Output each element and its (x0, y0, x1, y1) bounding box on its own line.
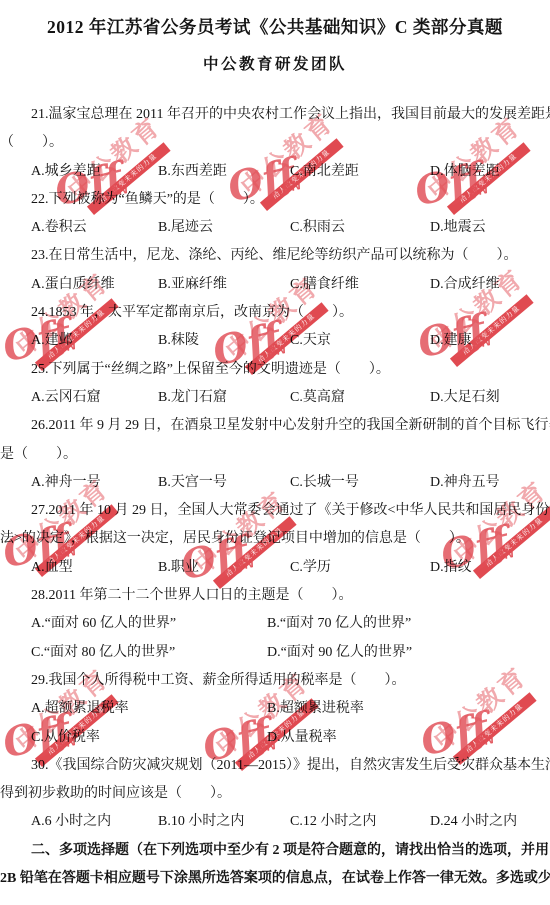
option-q30-b: B.10 小时之内 (158, 808, 290, 836)
option-q24-b: B.秣陵 (158, 327, 290, 355)
option-q29-b: B.超额累进税率 (267, 695, 550, 723)
question-q29: 29.我国个人所得税中工资、薪金所得适用的税率是（ ）。A.超额累退税率B.超额… (0, 667, 550, 752)
question-stem-line: 28.2011 年第二十二个世界人口日的主题是（ ）。 (0, 582, 550, 610)
page-subtitle: 中公教育研发团队 (0, 52, 550, 74)
question-list: 21.温家宝总理在 2011 年召开的中央农村工作会议上指出，我国目前最大的发展… (0, 101, 550, 837)
option-q27-a: A.血型 (31, 554, 158, 582)
question-q28: 28.2011 年第二十二个世界人口日的主题是（ ）。A.“面对 60 亿人的世… (0, 582, 550, 667)
option-q25-a: A.云冈石窟 (31, 384, 158, 412)
option-q30-c: C.12 小时之内 (290, 808, 430, 836)
question-q25: 25.下列属于“丝绸之路”上保留至今的文明遗迹是（ ）。A.云冈石窟B.龙门石窟… (0, 356, 550, 413)
option-row: A.血型B.职业C.学历D.指纹 (0, 554, 550, 582)
option-row: A.城乡差距B.东西差距C.南北差距D.体脑差距 (0, 158, 550, 186)
option-q29-c: C.从价税率 (31, 724, 267, 752)
question-stem-line: 30.《我国综合防灾减灾规划（2011—2015）》提出，自然灾害发生后受灾群众… (0, 752, 550, 780)
question-stem-line: 25.下列属于“丝绸之路”上保留至今的文明遗迹是（ ）。 (0, 356, 550, 384)
question-stem-line: 27.2011 年 10 月 29 日，全国人大常委会通过了《关于修改<中华人民… (0, 497, 550, 525)
question-stem-line: 24.1853 年，太平军定都南京后，改南京为（ ）。 (0, 299, 550, 327)
question-stem-line: 得到初步救助的时间应该是（ ）。 (0, 780, 550, 808)
option-q25-d: D.大足石刻 (430, 384, 550, 412)
option-q24-a: A.建邺 (31, 327, 158, 355)
question-stem-line: 26.2011 年 9 月 29 日，在酒泉卫星发射中心发射升空的我国全新研制的… (0, 412, 550, 440)
option-row: A.卷积云B.尾迹云C.积雨云D.地震云 (0, 214, 550, 242)
option-q28-d: D.“面对 90 亿人的世界” (267, 639, 550, 667)
option-q22-a: A.卷积云 (31, 214, 158, 242)
option-q23-c: C.膳食纤维 (290, 271, 430, 299)
question-q30: 30.《我国综合防灾减灾规划（2011—2015）》提出，自然灾害发生后受灾群众… (0, 752, 550, 837)
option-q23-b: B.亚麻纤维 (158, 271, 290, 299)
exam-paper-page: 2012 年江苏省公务员考试《公共基础知识》C 类部分真题 中公教育研发团队 2… (0, 0, 550, 905)
option-q22-c: C.积雨云 (290, 214, 430, 242)
question-stem-line: 29.我国个人所得税中工资、薪金所得适用的税率是（ ）。 (0, 667, 550, 695)
question-q26: 26.2011 年 9 月 29 日，在酒泉卫星发射中心发射升空的我国全新研制的… (0, 412, 550, 497)
option-q24-d: D.建康 (430, 327, 550, 355)
option-row: A.云冈石窟B.龙门石窟C.莫高窟D.大足石刻 (0, 384, 550, 412)
option-q26-b: B.天宫一号 (158, 469, 290, 497)
option-row: A.“面对 60 亿人的世界”B.“面对 70 亿人的世界” (0, 610, 550, 638)
option-q28-a: A.“面对 60 亿人的世界” (31, 610, 267, 638)
question-q24: 24.1853 年，太平军定都南京后，改南京为（ ）。A.建邺B.秣陵C.天京D… (0, 299, 550, 356)
option-q28-c: C.“面对 80 亿人的世界” (31, 639, 267, 667)
option-q22-b: B.尾迹云 (158, 214, 290, 242)
question-stem-line: 21.温家宝总理在 2011 年召开的中央农村工作会议上指出，我国目前最大的发展… (0, 101, 550, 129)
option-row: A.建邺B.秣陵C.天京D.建康 (0, 327, 550, 355)
option-q25-b: B.龙门石窟 (158, 384, 290, 412)
section-heading: 二、多项选择题（在下列选项中至少有 2 项是符合题意的，请找出恰当的选项，并用2… (0, 837, 550, 894)
option-q21-b: B.东西差距 (158, 158, 290, 186)
option-q26-d: D.神舟五号 (430, 469, 550, 497)
option-q27-c: C.学历 (290, 554, 430, 582)
page-title: 2012 年江苏省公务员考试《公共基础知识》C 类部分真题 (8, 14, 542, 39)
section-heading-line: 2B 铅笔在答题卡相应题号下涂黑所选答案项的信息点，在试卷上作答一律无效。多选或… (0, 865, 550, 893)
question-q23: 23.在日常生活中，尼龙、涤纶、丙纶、维尼纶等纺织产品可以统称为（ ）。A.蛋白… (0, 242, 550, 299)
document-content: 2012 年江苏省公务员考试《公共基础知识》C 类部分真题 中公教育研发团队 2… (0, 14, 550, 893)
option-q23-d: D.合成纤维 (430, 271, 550, 299)
question-q22: 22.下列被称为“鱼鳞天”的是（ ）。A.卷积云B.尾迹云C.积雨云D.地震云 (0, 186, 550, 243)
question-stem-line: 23.在日常生活中，尼龙、涤纶、丙纶、维尼纶等纺织产品可以统称为（ ）。 (0, 242, 550, 270)
option-row: C.从价税率D.从量税率 (0, 724, 550, 752)
question-stem-line: 22.下列被称为“鱼鳞天”的是（ ）。 (0, 186, 550, 214)
option-q23-a: A.蛋白质纤维 (31, 271, 158, 299)
option-q21-c: C.南北差距 (290, 158, 430, 186)
question-stem-line: 是（ ）。 (0, 441, 550, 469)
option-q22-d: D.地震云 (430, 214, 550, 242)
question-stem-line: 法>的决定》，根据这一决定，居民身份证登记项目中增加的信息是（ ）。 (0, 525, 550, 553)
option-row: A.超额累退税率B.超额累进税率 (0, 695, 550, 723)
section-heading-line: 二、多项选择题（在下列选项中至少有 2 项是符合题意的，请找出恰当的选项，并用 (0, 837, 550, 865)
option-row: A.神舟一号B.天宫一号C.长城一号D.神舟五号 (0, 469, 550, 497)
option-row: A.蛋白质纤维B.亚麻纤维C.膳食纤维D.合成纤维 (0, 271, 550, 299)
option-q27-d: D.指纹 (430, 554, 550, 582)
option-q30-a: A.6 小时之内 (31, 808, 158, 836)
option-q30-d: D.24 小时之内 (430, 808, 550, 836)
option-row: C.“面对 80 亿人的世界”D.“面对 90 亿人的世界” (0, 639, 550, 667)
option-q26-c: C.长城一号 (290, 469, 430, 497)
option-q21-d: D.体脑差距 (430, 158, 550, 186)
option-q21-a: A.城乡差距 (31, 158, 158, 186)
option-q29-a: A.超额累退税率 (31, 695, 267, 723)
option-q26-a: A.神舟一号 (31, 469, 158, 497)
option-q28-b: B.“面对 70 亿人的世界” (267, 610, 550, 638)
option-q29-d: D.从量税率 (267, 724, 550, 752)
option-row: A.6 小时之内B.10 小时之内C.12 小时之内D.24 小时之内 (0, 808, 550, 836)
option-q24-c: C.天京 (290, 327, 430, 355)
question-stem-line: （ ）。 (0, 129, 550, 157)
question-q21: 21.温家宝总理在 2011 年召开的中央农村工作会议上指出，我国目前最大的发展… (0, 101, 550, 186)
option-q25-c: C.莫高窟 (290, 384, 430, 412)
option-q27-b: B.职业 (158, 554, 290, 582)
question-q27: 27.2011 年 10 月 29 日，全国人大常委会通过了《关于修改<中华人民… (0, 497, 550, 582)
